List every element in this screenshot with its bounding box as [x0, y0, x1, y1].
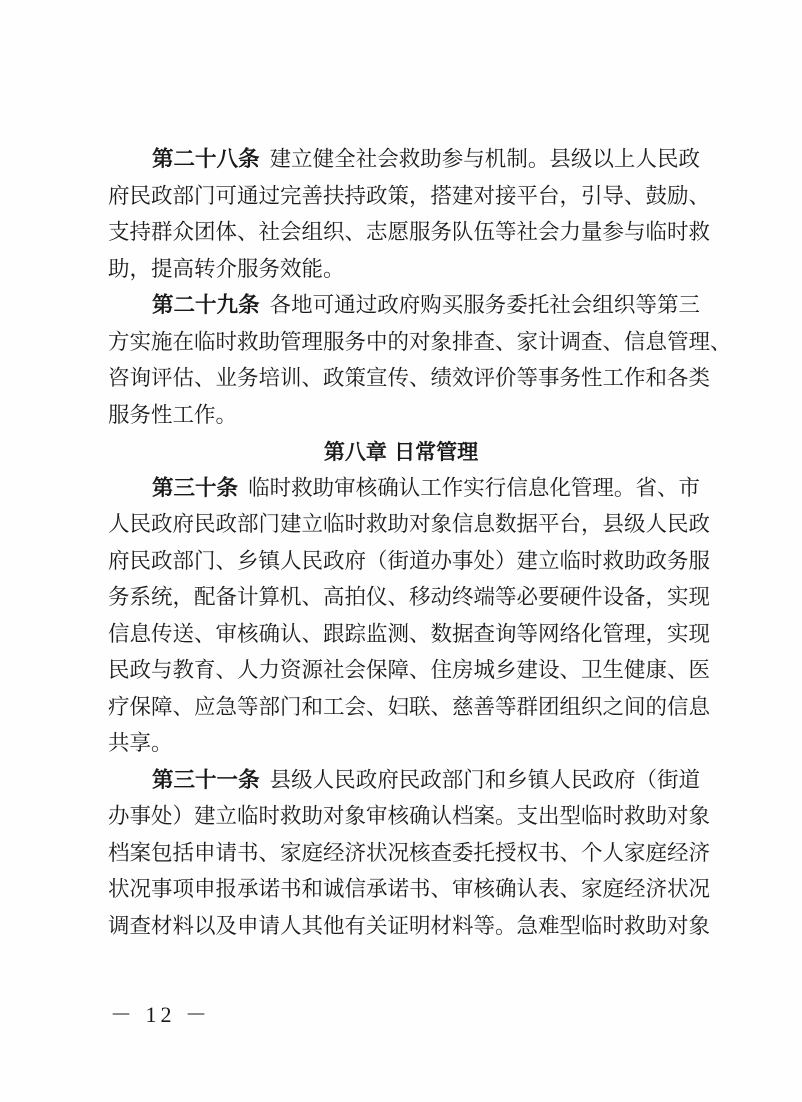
document-page: 第二十八条建立健全社会救助参与机制。县级以上人民政 府民政部门可通过完善扶持政策…: [0, 0, 802, 1102]
paragraph-text: 各地可通过政府购买服务委托社会组织等第三: [270, 293, 700, 318]
article-label: 第三十条: [152, 476, 238, 501]
article-28-line-4: 助，提高转介服务效能。: [108, 255, 700, 285]
article-31-line-3: 档案包括申请书、家庭经济状况核查委托授权书、个人家庭经济: [108, 839, 700, 869]
article-29-line-4: 服务性工作。: [108, 401, 700, 431]
article-29-line-3: 咨询评估、业务培训、政策宣传、绩效评价等事务性工作和各类: [108, 364, 700, 394]
article-30-line-8: 共享。: [108, 729, 700, 759]
article-28-line-2: 府民政部门可通过完善扶持政策，搭建对接平台，引导、鼓励、: [108, 182, 700, 212]
paragraph-text: 县级人民政府民政部门和乡镇人民政府（街道: [270, 768, 700, 793]
article-31-line-2: 办事处）建立临时救助对象审核确认档案。支出型临时救助对象: [108, 802, 700, 832]
article-30-line-4: 务系统，配备计算机、高拍仪、移动终端等必要硬件设备，实现: [108, 583, 700, 613]
article-29-line-2: 方实施在临时救助管理服务中的对象排查、家计调查、信息管理、: [108, 328, 700, 358]
chapter-heading: 第八章 日常管理: [0, 437, 802, 467]
page-number: － 12 －: [110, 998, 211, 1029]
article-30-line-2: 人民政府民政部门建立临时救助对象信息数据平台，县级人民政: [108, 510, 700, 540]
paragraph-text: 临时救助审核确认工作实行信息化管理。省、市: [248, 476, 700, 501]
article-29-line-1: 第二十九条各地可通过政府购买服务委托社会组织等第三: [152, 291, 700, 321]
article-28-line-3: 支持群众团体、社会组织、志愿服务队伍等社会力量参与临时救: [108, 218, 700, 248]
article-31-line-1: 第三十一条县级人民政府民政部门和乡镇人民政府（街道: [152, 766, 700, 796]
article-label: 第二十九条: [152, 293, 260, 318]
article-30-line-6: 民政与教育、人力资源社会保障、住房城乡建设、卫生健康、医: [108, 656, 700, 686]
article-label: 第三十一条: [152, 768, 260, 793]
article-30-line-5: 信息传送、审核确认、跟踪监测、数据查询等网络化管理，实现: [108, 620, 700, 650]
article-label: 第二十八条: [152, 147, 260, 172]
paragraph-text: 建立健全社会救助参与机制。县级以上人民政: [270, 147, 700, 172]
article-28-line-1: 第二十八条建立健全社会救助参与机制。县级以上人民政: [152, 145, 700, 175]
article-30-line-7: 疗保障、应急等部门和工会、妇联、慈善等群团组织之间的信息: [108, 693, 700, 723]
article-31-line-5: 调查材料以及申请人其他有关证明材料等。急难型临时救助对象: [108, 912, 700, 942]
article-31-line-4: 状况事项申报承诺书和诚信承诺书、审核确认表、家庭经济状况: [108, 875, 700, 905]
article-30-line-3: 府民政部门、乡镇人民政府（街道办事处）建立临时救助政务服: [108, 547, 700, 577]
article-30-line-1: 第三十条临时救助审核确认工作实行信息化管理。省、市: [152, 474, 700, 504]
